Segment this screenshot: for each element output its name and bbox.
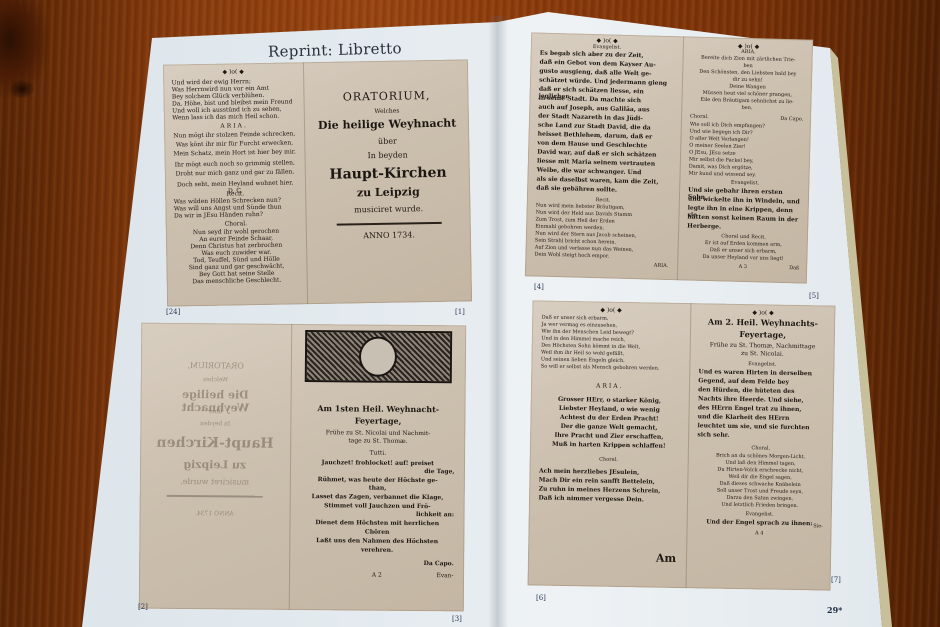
scan-figure-2-3: ORATORIUM, Welches Die heilige Weyhnacht… [139, 323, 466, 612]
aria-line: Mein Schatz, mein Hort ist hier bey mir. [173, 149, 297, 158]
text-line: daß sie gebähren sollte. [536, 186, 670, 196]
text-line: Laßt uns den Nahmen des Höchsten [300, 538, 454, 546]
mirrored-line: Haupt-Kirchen [149, 435, 281, 452]
catchword: Daß [686, 263, 799, 272]
title-zu-leipzig: zu Leipzig [316, 186, 460, 201]
leaf-2-showthrough: ORATORIUM, Welches Die heilige Weyhnacht… [139, 323, 291, 610]
ornament-rule [336, 222, 441, 226]
figure-label-24: [24] [166, 308, 180, 316]
text-line: Wenn lass ich das mich Heil schon. [172, 113, 296, 122]
recit-line: Da wir in JEsu Händen ruhn? [174, 211, 298, 220]
woodcut-illustration [305, 330, 452, 383]
text-line: verehren. [300, 547, 454, 555]
figure-label-2: [2] [138, 603, 148, 611]
woodcut-medallion [359, 336, 397, 376]
heading-line: Feyertage, [699, 329, 826, 340]
text-line: die Tage, [301, 468, 455, 476]
leaf-4: ◆ )o( ◆ Evangelist. Es begab sich aber z… [525, 32, 684, 280]
page-number: 29* [827, 605, 842, 615]
figure-label-3: [3] [452, 615, 462, 623]
scan-figure-6-7: ◆ )o( ◆ Daß er unser sich erbarm, Ja wer… [528, 300, 836, 590]
figure-label-7: [7] [831, 576, 841, 584]
aria-line: ben. [690, 105, 803, 114]
da-capo: Da Capo. [300, 560, 454, 568]
text-line: sich sehr. [697, 432, 824, 441]
figure-label-4: [4] [534, 283, 544, 291]
title-musiciret: musiciret wurde. [317, 204, 461, 216]
title-in-beyden: In beyden [316, 150, 460, 162]
sub-line: tage zu St. Thomæ. [301, 438, 455, 446]
catchword: Evan- [300, 572, 454, 580]
aria-line: Muß in harten Krippen schlaffen! [539, 442, 678, 451]
mirrored-line: In beyden [149, 421, 281, 429]
page-header-title: Reprint: Libretto [268, 39, 402, 60]
leaf-3: Am 1sten Heil. Weyhnacht- Feyertage, Frü… [288, 324, 466, 612]
aria-line: Droht nur mich ganz und gar zu fällen, [173, 169, 297, 178]
wood-knot-small [10, 80, 34, 98]
catchword: Am [537, 551, 676, 566]
aria-label: ARIA. [540, 383, 679, 392]
leaf-1-title-page: ORATORIUM, Welches Die heilige Weyhnacht… [303, 59, 472, 304]
leaf-24: ◆ )o( ◆ Und wird der ewig Herrn; Was Her… [163, 62, 307, 306]
text-line: Jauchzet! frohlocket! auf! preiset [301, 460, 455, 468]
catchword: ARIA. [534, 261, 668, 270]
heading-line: Am 1sten Heil. Weyhnacht- [301, 404, 455, 415]
figure-label-5: [5] [809, 292, 819, 300]
title-haupt-kirchen: Haupt-Kirchen [316, 165, 460, 184]
title-uber: über [315, 136, 459, 148]
leaf-7: ◆ )o( ◆ Am 2. Heil. Weyhnachts- Feyertag… [685, 303, 835, 590]
scan-figure-24-1: ◆ )o( ◆ Und wird der ewig Herrn; Was Her… [163, 59, 472, 306]
choral2-line: Da unser Heyland vor uns liegt! [686, 254, 799, 263]
heading-line: Am 2. Heil. Weyhnachts- [699, 317, 826, 328]
title-anno: ANNO 1734. [317, 230, 461, 242]
title-welches: Welches [315, 108, 459, 117]
mirrored-line: Welches [150, 377, 282, 385]
scan-figure-4-5: ◆ )o( ◆ Evangelist. Es begab sich aber z… [525, 32, 813, 283]
text-line: Lasset das Zagen, verbannet die Klage, [301, 494, 455, 502]
title-heilige-weyhnacht: Die heilige Weyhnacht [315, 118, 459, 133]
leaf-6: ◆ )o( ◆ Daß er unser sich erbarm, Ja wer… [528, 300, 690, 588]
mirrored-ornament [167, 495, 263, 498]
heading-line: Feyertage, [301, 416, 455, 427]
choral-label: Choral. [539, 457, 678, 465]
title-oratorium: ORATORIUM, [315, 90, 459, 105]
mirrored-line: zu Leipzig [149, 459, 281, 473]
mirrored-line: ANNO 1734. [149, 511, 281, 519]
text-line: So will er selbst als Mensch gebohren we… [541, 365, 680, 373]
leaf-5: ◆ )o( ◆ ARIA. Bereite dich Zion mit zärt… [677, 36, 813, 283]
sub-line: zu St. Nicolai. [699, 350, 826, 359]
running-head: ◆ )o( ◆ [171, 68, 295, 77]
choral-line: Und letztlich Frieden bringen. [696, 502, 823, 510]
tutti-label: Tutti. [301, 450, 455, 458]
figure-label-1: [1] [455, 308, 465, 316]
figure-label-6: [6] [536, 594, 546, 602]
evangelist-line: Herberge. [687, 224, 800, 234]
choral-line: Daß ich nimmer vergesse Dein. [538, 496, 677, 505]
book-gutter [488, 16, 508, 627]
mirrored-line: über [149, 409, 281, 417]
text-line: Dienet dem Höchsten mit herrlichen [300, 520, 454, 528]
text-line: than, [301, 485, 455, 493]
text-line: Chören [300, 529, 454, 537]
mirrored-title: ORATORIUM, [150, 361, 282, 371]
catchword: Sie- [696, 522, 823, 530]
text-line: lichkeit an: [301, 511, 455, 519]
signature: A 4 [696, 530, 823, 538]
mirrored-line: musiciret wurde. [149, 477, 281, 487]
choral-line: Das menschliche Geschlecht. [175, 277, 299, 286]
text-line: Stimmet voll Jauchzen und Frö- [301, 503, 455, 511]
